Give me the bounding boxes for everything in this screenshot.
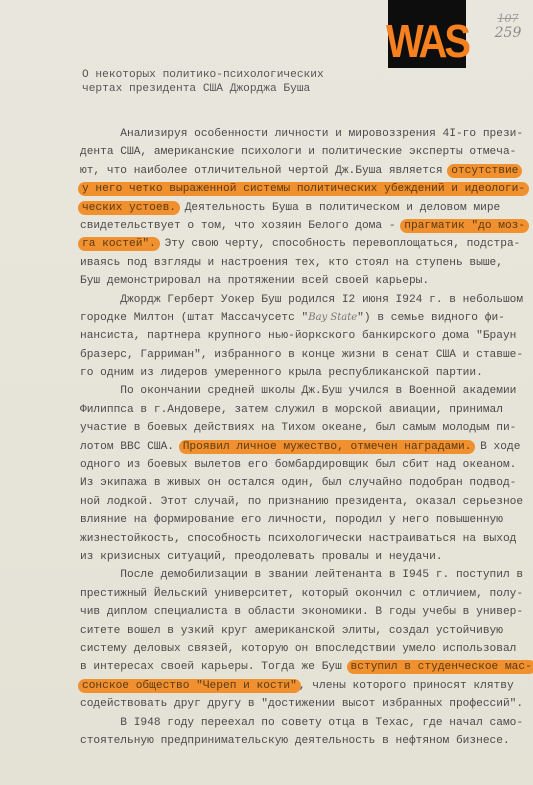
text-line: содействовать друг другу в "достижении в… (80, 695, 525, 713)
text-segment: жизнестойкость, способность психологичес… (80, 533, 516, 545)
highlighted-text: сонское общество "Череп и кости" (78, 679, 301, 693)
text-segment: престижный Йельский университет, который… (80, 588, 523, 600)
text-segment: Джордж Герберт Уокер Буш родился I2 июня… (80, 294, 523, 306)
text-segment: городке Милтон (штат Массачусетс " (80, 312, 308, 324)
text-segment: одного из боевых вылетов его бомбардиров… (80, 459, 516, 471)
highlighted-text: га костей". (78, 237, 160, 251)
was-logo: WAS (388, 0, 466, 68)
text-segment: бразерс, Гарриман", избранного в конце ж… (80, 349, 523, 361)
text-line: городке Милтон (штат Массачусетс "Bay St… (80, 309, 525, 327)
text-segment: По окончании средней школы Дж.Буш учился… (80, 385, 516, 397)
text-segment: Анализируя особенности личности и мирово… (80, 128, 523, 140)
text-segment: в интересах своей карьеры. Тогда же Буш (80, 661, 349, 673)
text-segment: из кризисных ситуаций, преодолевать пров… (80, 551, 443, 563)
highlighted-text: прагматик "до моз- (400, 219, 529, 233)
text-segment: ной лодкой. Этот случай, по признанию пр… (80, 496, 523, 508)
highlighted-text: у него четко выраженной системы политиче… (78, 182, 529, 196)
text-line: га костей". Эту свою черту, способность … (80, 235, 525, 253)
text-line: участие в боевых действиях на Тихом океа… (80, 419, 525, 437)
text-line: ческих устоев. Деятельность Буша в полит… (80, 199, 525, 217)
text-segment: лотом ВВС США. (80, 441, 181, 453)
text-line: влияние на формирование его личности, по… (80, 511, 525, 529)
text-segment: содействовать друг другу в "достижении в… (80, 698, 523, 710)
struck-page-number: 107 (488, 12, 528, 25)
text-line: свидетельствует о том, что хозяин Белого… (80, 217, 525, 235)
document-page: WAS 107 259 О некоторых политико-психоло… (0, 0, 533, 785)
text-line: Анализируя особенности личности и мирово… (80, 125, 525, 143)
highlighted-text: отсутствие (447, 164, 522, 178)
document-title: О некоторых политико-психологических чер… (82, 68, 324, 96)
text-line: чив диплом специалиста в области экономи… (80, 603, 525, 621)
text-line: одного из боевых вылетов его бомбардиров… (80, 456, 525, 474)
text-line: бразерс, Гарриман", избранного в конце ж… (80, 346, 525, 364)
text-segment: Деятельность Буша в политическом и делов… (178, 202, 500, 214)
text-segment: Буш демонстрировал на протяжении всей св… (80, 275, 429, 287)
text-segment: иваясь под взгляды и настроения тех, кто… (80, 257, 503, 269)
text-line: ситете вошел в узкий круг американской э… (80, 622, 525, 640)
title-line-2: чертах президента США Джорджа Буша (82, 83, 310, 95)
text-line: го одним из лидеров умеренного крыла рес… (80, 364, 525, 382)
text-line: нансиста, партнера крупного нью-йоркског… (80, 327, 525, 345)
logo-text: WAS (386, 19, 468, 65)
text-segment: дента США, американские психологи и поли… (80, 146, 516, 158)
text-line: в интересах своей карьеры. Тогда же Буш … (80, 658, 525, 676)
text-segment: участие в боевых действиях на Тихом океа… (80, 422, 516, 434)
text-line: Филиппса в г.Андовере, затем служил в мо… (80, 401, 525, 419)
current-page-number: 259 (495, 25, 522, 41)
text-segment: В ходе (473, 441, 520, 453)
text-line: Из экипажа в живых он остался один, был … (80, 474, 525, 492)
handwritten-note: Bay State (308, 312, 357, 323)
text-line: из кризисных ситуаций, преодолевать пров… (80, 548, 525, 566)
text-segment: стоятельную предпринимательскую деятельн… (80, 735, 510, 747)
text-segment: ют, что наиболее отличительной чертой Дж… (80, 165, 449, 177)
text-line: престижный Йельский университет, который… (80, 585, 525, 603)
text-segment: Из экипажа в живых он остался один, был … (80, 477, 516, 489)
text-segment: чив диплом специалиста в области экономи… (80, 606, 523, 618)
text-line: лотом ВВС США. Проявил личное мужество, … (80, 438, 525, 456)
text-segment: ") в семье видного фи- (357, 312, 505, 324)
text-line: иваясь под взгляды и настроения тех, кто… (80, 254, 525, 272)
text-line: стоятельную предпринимательскую деятельн… (80, 732, 525, 750)
text-segment: влияние на формирование его личности, по… (80, 514, 503, 526)
highlighted-text: вступил в студенческое мас- (347, 660, 533, 674)
text-line: у него четко выраженной системы политиче… (80, 180, 525, 198)
text-segment: систему деловых связей, которую он впосл… (80, 643, 516, 655)
text-segment: свидетельствует о том, что хозяин Белого… (80, 220, 402, 232)
title-line-1: О некоторых политико-психологических (82, 69, 324, 81)
text-segment: После демобилизации в звании лейтенанта … (80, 569, 523, 581)
text-segment: ситете вошел в узкий круг американской э… (80, 625, 503, 637)
text-segment: Филиппса в г.Андовере, затем служил в мо… (80, 404, 503, 416)
document-body: Анализируя особенности личности и мирово… (80, 125, 525, 750)
text-line: Буш демонстрировал на протяжении всей св… (80, 272, 525, 290)
text-line: сонское общество "Череп и кости", члены … (80, 677, 525, 695)
text-segment: нансиста, партнера крупного нью-йоркског… (80, 330, 516, 342)
text-line: дента США, американские психологи и поли… (80, 143, 525, 161)
text-line: ют, что наиболее отличительной чертой Дж… (80, 162, 525, 180)
text-segment: Эту свою черту, способность перевоплощат… (158, 238, 521, 250)
text-line: По окончании средней школы Дж.Буш учился… (80, 382, 525, 400)
text-line: Джордж Герберт Уокер Буш родился I2 июня… (80, 291, 525, 309)
page-number: 107 259 (488, 12, 528, 41)
text-line: систему деловых связей, которую он впосл… (80, 640, 525, 658)
text-line: жизнестойкость, способность психологичес… (80, 530, 525, 548)
text-segment: , члены которого приносят клятву (299, 680, 514, 692)
text-line: После демобилизации в звании лейтенанта … (80, 566, 525, 584)
text-segment: го одним из лидеров умеренного крыла рес… (80, 367, 483, 379)
text-line: В I948 году переехал по совету отца в Те… (80, 714, 525, 732)
highlighted-text: Проявил личное мужество, отмечен награда… (179, 440, 476, 454)
text-line: ной лодкой. Этот случай, по признанию пр… (80, 493, 525, 511)
text-segment: В I948 году переехал по совету отца в Те… (80, 717, 523, 729)
highlighted-text: ческих устоев. (78, 201, 180, 215)
